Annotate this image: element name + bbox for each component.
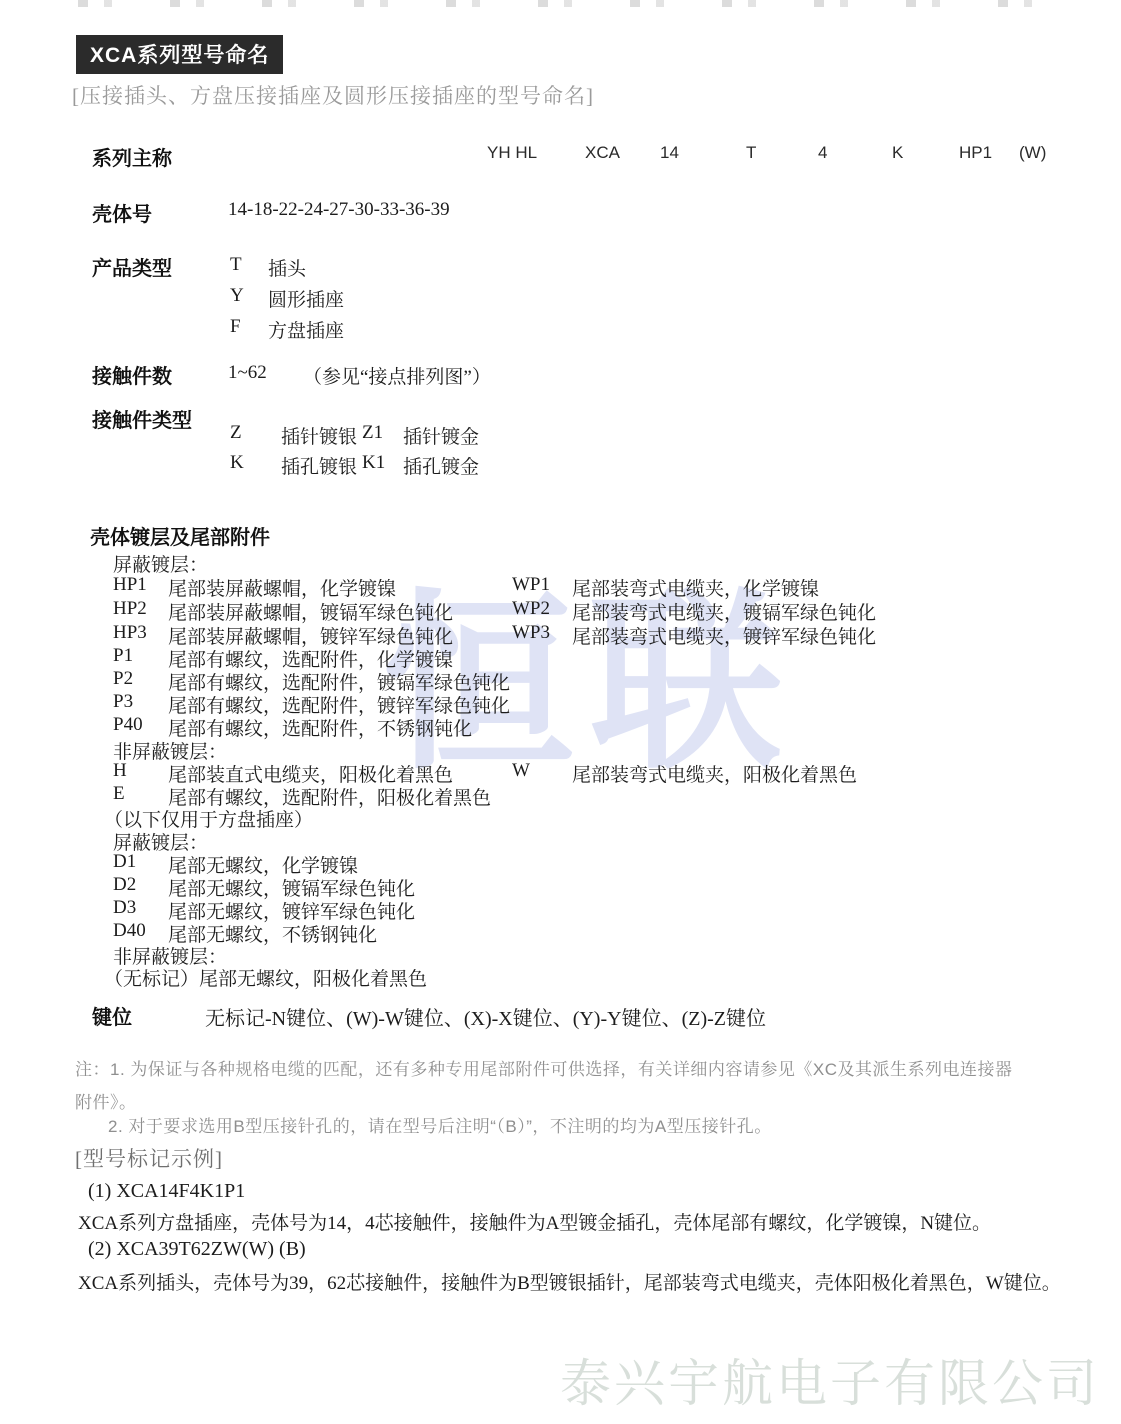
code-part-type: T [746,143,756,163]
product-type-desc: 圆形插座 [268,285,344,312]
code-part-contact: K [892,143,903,163]
bottom-company-watermark: 泰兴宇航电子有限公司 [560,1342,1100,1416]
plating-code: D1 [113,851,136,873]
plating-note-row: （无标记）尾部无螺纹，阳极化着黑色 [0,964,1121,988]
contact-type-desc: 插针镀金 [403,422,479,449]
plating-subheader: 非屏蔽镀层： [0,942,1121,966]
contact-type-desc: 插孔镀银 [281,452,357,479]
note-line-1: 注：1. 为保证与各种规格电缆的匹配，还有多种专用尾部附件可供选择，有关详细内容… [75,1055,1013,1080]
plating-code: HP1 [113,574,147,596]
plating-desc: 尾部装弯式电缆夹，镀镉军绿色钝化 [572,598,876,625]
plating-code: P3 [113,691,133,713]
product-type-desc: 插头 [268,254,306,281]
plating-subheader: 屏蔽镀层： [0,828,1121,852]
contact-count-label: 接触件数 [92,360,172,389]
keying-label: 键位 [92,1001,132,1030]
series-label: 系列主称 [92,142,172,171]
plating-heading: 壳体镀层及尾部附件 [90,521,270,550]
plating-code: D2 [113,874,136,896]
example-2-desc: XCA系列插头，壳体号为39，62芯接触件，接触件为B型镀银插针，尾部装弯式电缆… [78,1268,1061,1295]
plating-code: WP1 [512,574,550,596]
product-type-code: F [230,316,241,338]
plating-code: W [512,760,530,782]
contact-count-note: （参见“接点排列图”） [303,362,491,389]
plating-code: H [113,760,127,782]
contact-count-value: 1~62 [228,362,267,384]
plating-row: D2 尾部无螺纹，镀镉军绿色钝化 [0,874,1121,898]
plating-subheader: 屏蔽镀层： [0,550,1121,574]
plating-row: P40 尾部有螺纹，选配附件，不锈钢钝化 [0,714,1121,738]
plating-code: D3 [113,897,136,919]
plating-desc: 尾部装屏蔽螺帽，化学镀镍 [168,574,396,601]
plating-row: D40 尾部无螺纹，不锈钢钝化 [0,920,1121,944]
shell-no-label: 壳体号 [92,198,152,227]
contact-type-code: Z [230,422,242,444]
subheader-text: 屏蔽镀层： [113,550,208,577]
plating-code: P1 [113,645,133,667]
plating-row: HP3 尾部装屏蔽螺帽，镀锌军绿色钝化 WP3 尾部装弯式电缆夹，镀锌军绿色钝化 [0,622,1121,646]
plating-code: P2 [113,668,133,690]
note-line-2: 附件》。 [75,1088,137,1113]
plating-code: P40 [113,714,143,736]
code-part-prefix: YH HL [487,143,537,163]
plating-row: HP2 尾部装屏蔽螺帽，镀镉军绿色钝化 WP2 尾部装弯式电缆夹，镀镉军绿色钝化 [0,598,1121,622]
plating-row: HP1 尾部装屏蔽螺帽，化学镀镍 WP1 尾部装弯式电缆夹，化学镀镍 [0,574,1121,598]
product-type-code: T [230,254,242,276]
code-part-shell: 14 [660,143,679,163]
code-part-series: XCA [585,143,620,163]
plating-code: E [113,783,125,805]
example-2-code: (2) XCA39T62ZW(W) (B) [88,1238,306,1261]
product-type-desc: 方盘插座 [268,316,344,343]
plating-row: P1 尾部有螺纹，选配附件，化学镀镍 [0,645,1121,669]
code-part-count: 4 [818,143,827,163]
contact-type-desc: 插孔镀金 [403,452,479,479]
page-subtitle: [压接插头、方盘压接插座及圆形压接插座的型号命名] [72,80,594,110]
plating-row: E 尾部有螺纹，选配附件，阳极化着黑色 [0,783,1121,807]
keying-value: 无标记-N键位、(W)-W键位、(X)-X键位、(Y)-Y键位、(Z)-Z键位 [205,1002,766,1031]
contact-type-desc: 插针镀银 [281,422,357,449]
example-1-code: (1) XCA14F4K1P1 [88,1180,245,1203]
product-type-label: 产品类型 [92,252,172,281]
page-title: XCA系列型号命名 [76,35,283,74]
plating-note: （无标记）尾部无螺纹，阳极化着黑色 [104,964,427,991]
datasheet-page: 恒联 泰兴宇航电子有限公司 XCA系列型号命名 [压接插头、方盘压接插座及圆形压… [0,0,1121,1424]
plating-code: HP2 [113,598,147,620]
example-1-desc: XCA系列方盘插座，壳体号为14，4芯接触件，接触件为A型镀金插孔，壳体尾部有螺… [78,1208,991,1235]
plating-row: P2 尾部有螺纹，选配附件，镀镉军绿色钝化 [0,668,1121,692]
plating-code: HP3 [113,622,147,644]
code-part-key: (W) [1019,143,1046,163]
plating-row: H 尾部装直式电缆夹，阳极化着黑色 W 尾部装弯式电缆夹，阳极化着黑色 [0,760,1121,784]
examples-heading: [型号标记示例] [75,1143,223,1173]
contact-type-code: Z1 [362,422,383,444]
note-line-3: 2. 对于要求选用B型压接针孔的，请在型号后注明“（B）”，不注明的均为A型压接… [108,1112,772,1137]
plating-desc: 尾部装弯式电缆夹，化学镀镍 [572,574,819,601]
code-part-tail: HP1 [959,143,992,163]
cut-off-row-top [78,0,1078,7]
plating-code: WP3 [512,622,550,644]
contact-type-label: 接触件类型 [92,404,192,433]
contact-type-code: K1 [362,452,385,474]
product-type-code: Y [230,285,244,307]
plating-row: D3 尾部无螺纹，镀锌军绿色钝化 [0,897,1121,921]
contact-type-code: K [230,452,244,474]
plating-desc: 尾部装屏蔽螺帽，镀镉军绿色钝化 [168,598,453,625]
plating-code: WP2 [512,598,550,620]
plating-row: P3 尾部有螺纹，选配附件，镀锌军绿色钝化 [0,691,1121,715]
plating-row: D1 尾部无螺纹，化学镀镍 [0,851,1121,875]
plating-subheader: 非屏蔽镀层： [0,737,1121,761]
plating-note-row: （以下仅用于方盘插座） [0,805,1121,829]
shell-no-value: 14-18-22-24-27-30-33-36-39 [228,199,450,221]
plating-code: D40 [113,920,146,942]
